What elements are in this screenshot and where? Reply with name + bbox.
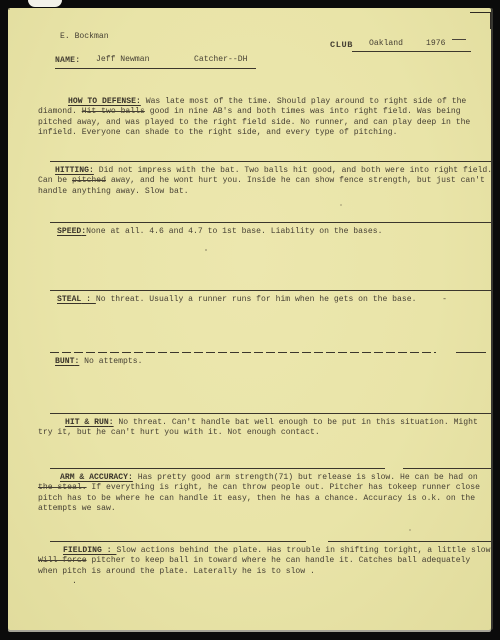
section-hit-and-run: HIT & RUN: No threat. Can't handle bat w… [8, 413, 491, 439]
section-first-line: ARM & ACCURACY: Has pretty good arm stre… [38, 473, 491, 483]
struck-text: Will force [38, 556, 87, 565]
section-paragraph: STEAL : No threat. Usually a runner runs… [38, 295, 491, 305]
section-body-line: Can be pitched away, and he wont hurt yo… [38, 176, 491, 186]
section-body-line: Will force pitcher to keep ball in towar… [38, 556, 491, 566]
section-divider [50, 290, 491, 291]
section-body-line: the steal. If everything is right, he ca… [38, 483, 491, 493]
struck-text: the steal. [38, 483, 87, 492]
player-position-value: Catcher--DH [194, 55, 247, 65]
section-paragraph: HOW TO DEFENSE: Was late most of the tim… [38, 97, 491, 138]
section-divider [50, 161, 491, 162]
section-text: diamond. [38, 107, 82, 116]
section-text: pitcher to keep ball in toward where he … [87, 556, 471, 565]
corner-mark-vertical [490, 12, 491, 29]
section-text: Was late most of the time. Should play a… [141, 97, 466, 106]
section-text: No attempts. [79, 357, 142, 366]
section-divider [50, 541, 491, 542]
section-text: None at all. 4.6 and 4.7 to 1st base. Li… [86, 227, 382, 236]
section-paragraph: SPEED:None at all. 4.6 and 4.7 to 1st ba… [38, 227, 491, 237]
section-heading: STEAL [57, 295, 81, 304]
section-text: . [38, 577, 77, 586]
section-paragraph: HIT & RUN: No threat. Can't handle bat w… [38, 418, 491, 439]
club-field-rule [352, 51, 471, 52]
section-divider [50, 468, 491, 469]
section-text: pitched away, and was played to the righ… [38, 118, 470, 127]
section-bunt: BUNT: No attempts. [8, 352, 491, 367]
section-body-line: attempts we saw. [38, 504, 491, 514]
section-text: good in nine AB's and both times was int… [145, 107, 461, 116]
section-heading: FIELDING [63, 546, 102, 555]
scouting-report-page: E. Bockman NAME: Jeff Newman Catcher--DH… [8, 8, 491, 630]
section-paragraph: HITTING: Did not impress with the bat. T… [38, 166, 491, 197]
section-text: Can be [38, 176, 72, 185]
section-paragraph: FIELDING : Slow actions behind the plate… [38, 546, 491, 587]
section-body-line: diamond. Hit two balls good in nine AB's… [38, 107, 491, 117]
heading-separator: : [102, 546, 117, 555]
player-name-value: Jeff Newman [96, 55, 149, 65]
section-heading: HOW TO DEFENSE [68, 97, 136, 106]
section-heading: HIT & RUN [65, 418, 109, 427]
struck-text: pitched [72, 176, 106, 185]
section-first-line: HIT & RUN: No threat. Can't handle bat w… [38, 418, 491, 428]
section-heading: SPEED [57, 227, 81, 236]
corner-dash-mark [452, 39, 466, 40]
section-body-line: try it, but he can't hurt you with it. N… [38, 428, 491, 438]
section-steal: STEAL : No threat. Usually a runner runs… [8, 290, 491, 305]
section-heading: HITTING [55, 166, 89, 175]
margin-dash-mark: - [423, 295, 447, 305]
corner-mark-horizontal [470, 12, 491, 13]
section-text: infield. Everyone can shade to the right… [38, 128, 397, 137]
scan-edge-sliver [28, 0, 62, 7]
section-text: If everything is right, he can throw peo… [87, 483, 480, 492]
section-heading: BUNT [55, 357, 74, 366]
struck-text: Hit two balls [82, 107, 145, 116]
section-divider [50, 413, 491, 414]
section-text: Has pretty good arm strength(71) but rel… [133, 473, 478, 482]
club-field-label: CLUB [330, 40, 353, 50]
section-first-line: HOW TO DEFENSE: Was late most of the tim… [38, 97, 491, 107]
name-field-rule [55, 68, 256, 69]
section-body-line: . [38, 577, 491, 587]
club-value: Oakland [369, 39, 403, 49]
section-heading: ARM & ACCURACY [60, 473, 128, 482]
scan-specks [8, 8, 10, 10]
section-text: when pitch is around the plate. Laterall… [38, 567, 315, 576]
section-body-line: pitched away, and was played to the righ… [38, 118, 491, 128]
section-text: No threat. Usually a runner runs for him… [96, 295, 417, 304]
section-text: No threat. Can't handle bat well enough … [114, 418, 478, 427]
section-paragraph: ARM & ACCURACY: Has pretty good arm stre… [38, 473, 491, 514]
scout-name: E. Bockman [60, 32, 109, 42]
section-text: away, and he wont hurt you. Inside he ca… [106, 176, 485, 185]
section-speed: SPEED:None at all. 4.6 and 4.7 to 1st ba… [8, 222, 491, 237]
section-text: Slow actions behind the plate. Has troub… [116, 546, 491, 555]
section-text: Did not impress with the bat. Two balls … [94, 166, 491, 175]
name-field-label: NAME: [55, 56, 80, 66]
section-fielding: FIELDING : Slow actions behind the plate… [8, 541, 491, 587]
section-text: try it, but he can't hurt you with it. N… [38, 428, 320, 437]
section-text: attempts we saw. [38, 504, 116, 513]
section-how-to-defense: HOW TO DEFENSE: Was late most of the tim… [8, 97, 491, 138]
section-first-line: BUNT: No attempts. [38, 357, 491, 367]
section-first-line: SPEED:None at all. 4.6 and 4.7 to 1st ba… [38, 227, 491, 237]
section-body-line: pitch has to be where he can handle it e… [38, 494, 491, 504]
section-body-line: handle anything away. Slow bat. [38, 187, 491, 197]
heading-separator: : [81, 295, 96, 304]
section-arm-and-accuracy: ARM & ACCURACY: Has pretty good arm stre… [8, 468, 491, 514]
section-divider [50, 222, 491, 223]
section-divider [50, 352, 436, 353]
section-first-line: HITTING: Did not impress with the bat. T… [38, 166, 491, 176]
year-value: 1976 [426, 39, 445, 49]
section-first-line: STEAL : No threat. Usually a runner runs… [38, 295, 491, 305]
section-body-line: infield. Everyone can shade to the right… [38, 128, 491, 138]
section-hitting: HITTING: Did not impress with the bat. T… [8, 161, 491, 197]
section-first-line: FIELDING : Slow actions behind the plate… [38, 546, 491, 556]
section-paragraph: BUNT: No attempts. [38, 357, 491, 367]
section-text: pitch has to be where he can handle it e… [38, 494, 475, 503]
section-body-line: when pitch is around the plate. Laterall… [38, 567, 491, 577]
section-text: handle anything away. Slow bat. [38, 187, 189, 196]
